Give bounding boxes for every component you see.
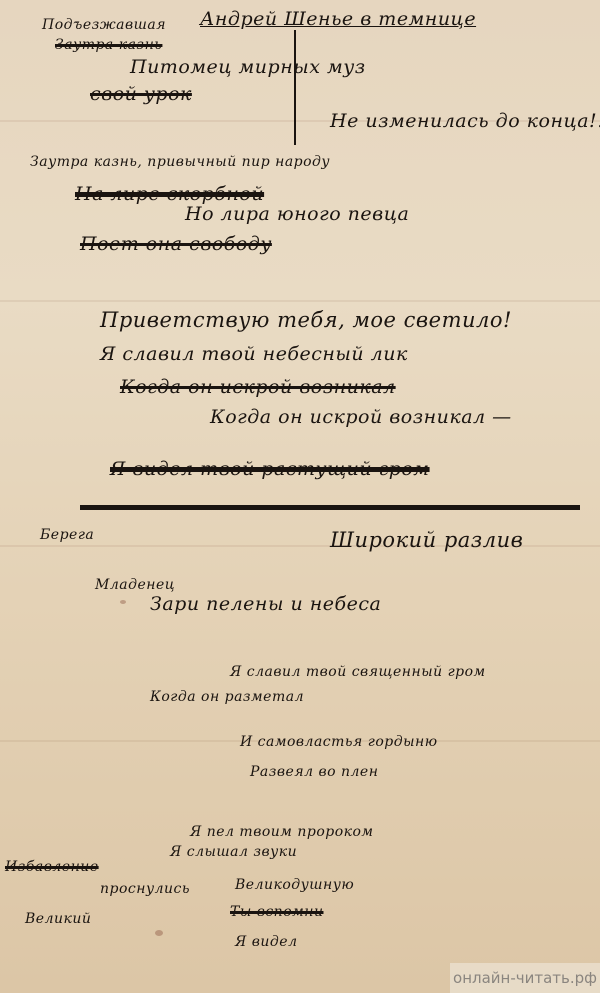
manuscript-line: Широкий разлив — [330, 530, 523, 551]
margin-note: Берега — [40, 528, 94, 542]
manuscript-line: Питомец мирных муз — [130, 58, 366, 77]
manuscript-line: Не изменилась до конца!.. — [330, 112, 600, 131]
margin-note: Избавление — [5, 860, 99, 874]
manuscript-line: Я видел твой растущий гром — [110, 460, 430, 479]
manuscript-page: Подъезжавшая Андрей Шенье в темнице Заут… — [0, 0, 600, 993]
strike-stroke — [80, 505, 580, 510]
manuscript-line: Я славил твой священный гром — [230, 665, 486, 679]
manuscript-line: Когда он разметал — [150, 690, 304, 704]
paper-fold-line — [0, 300, 600, 302]
manuscript-line: Младенец — [95, 578, 175, 592]
manuscript-line: Ты вспомни — [230, 905, 323, 919]
manuscript-line: проснулись — [100, 882, 190, 896]
manuscript-line: Когда он искрой возникал — [120, 378, 396, 397]
manuscript-line: свой урок — [90, 85, 192, 104]
manuscript-line: Я слышал звуки — [170, 845, 297, 859]
manuscript-line: Приветствую тебя, мое светило! — [100, 310, 512, 331]
ink-stain — [155, 930, 163, 936]
manuscript-line: Зари пелены и небеса — [150, 595, 381, 614]
manuscript-line: Но лира юного певца — [185, 205, 409, 224]
margin-note: Подъезжавшая — [42, 18, 166, 32]
margin-note: Великий — [25, 912, 91, 926]
manuscript-line: И самовластья гордыню — [240, 735, 438, 749]
manuscript-line: Когда он искрой возникал — — [210, 408, 512, 427]
margin-note: Заутра казнь — [55, 38, 162, 52]
manuscript-line: Великодушную — [235, 878, 354, 892]
manuscript-line: На лире скорбной — [75, 185, 264, 204]
manuscript-line: Я видел — [235, 935, 298, 949]
poem-title: Андрей Шенье в темнице — [200, 10, 476, 29]
watermark: онлайн-читать.рф — [450, 963, 600, 993]
ink-stain — [120, 600, 126, 604]
manuscript-line: Я славил твой небесный лик — [100, 345, 408, 364]
manuscript-line: Развеял во плен — [250, 765, 378, 779]
vertical-rule — [294, 30, 296, 145]
manuscript-line: Заутра казнь, привычный пир народу — [30, 155, 330, 169]
manuscript-line: Я пел твоим пророком — [190, 825, 374, 839]
manuscript-line: Поет она свободу — [80, 235, 272, 254]
